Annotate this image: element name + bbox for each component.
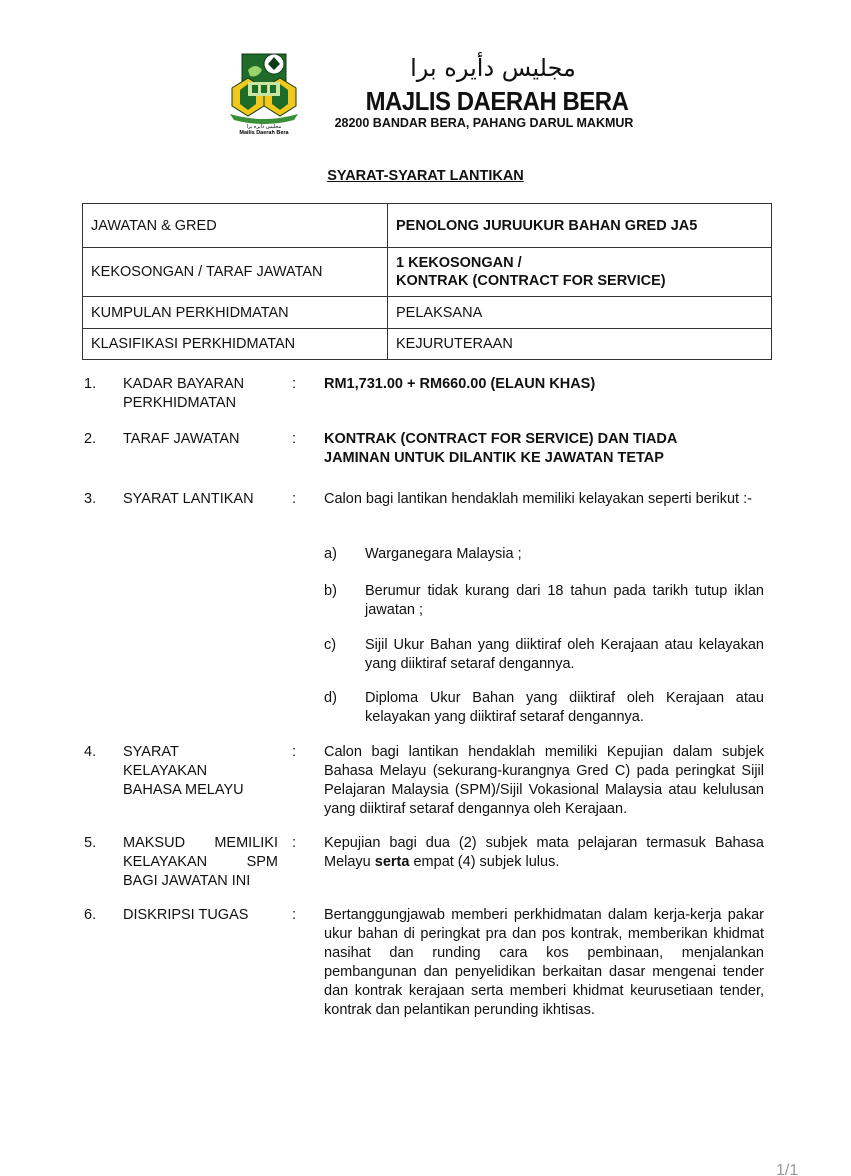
section-text: KONTRAK (CONTRACT FOR SERVICE) DAN TIADA… (324, 430, 764, 468)
table-row: KEKOSONGAN / TARAF JAWATAN 1 KEKOSONGAN … (83, 248, 772, 297)
section-number: 6. (84, 906, 96, 925)
section-label: SYARAT KELAYAKAN BAHASA MELAYU (123, 743, 278, 800)
item-text: Berumur tidak kurang dari 18 tahun pada … (365, 582, 764, 620)
section-label: SYARAT LANTIKAN (123, 490, 278, 509)
table-row: JAWATAN & GRED PENOLONG JURUUKUR BAHAN G… (83, 204, 772, 248)
svg-text:Majlis Daerah Bera: Majlis Daerah Bera (239, 130, 289, 134)
text-run-bold: serta (375, 854, 410, 870)
section-colon: : (292, 375, 296, 394)
svg-text:مجليس دأيره برا: مجليس دأيره برا (247, 123, 282, 130)
org-address: 28200 BANDAR BERA, PAHANG DARUL MAKMUR (314, 116, 654, 130)
section-number: 2. (84, 430, 96, 449)
position-info-table: JAWATAN & GRED PENOLONG JURUUKUR BAHAN G… (82, 203, 772, 360)
text-run: empat (4) subjek lulus. (409, 854, 559, 870)
section-text-line: JAMINAN UNTUK DILANTIK KE JAWATAN TETAP (324, 449, 764, 468)
section-number: 5. (84, 834, 96, 853)
section-number: 1. (84, 375, 96, 394)
org-name: MAJLIS DAERAH BERA (345, 86, 649, 117)
section-number: 3. (84, 490, 96, 509)
section-text: RM1,731.00 + RM660.00 (ELAUN KHAS) (324, 375, 764, 394)
section-label: KADAR BAYARAN PERKHIDMATAN (123, 375, 273, 413)
section-label-line: BAHASA MELAYU (123, 781, 278, 800)
section-text: Bertanggungjawab memberi perkhidmatan da… (324, 906, 764, 1020)
table-value-line: 1 KEKOSONGAN / (396, 254, 763, 272)
letterhead: مجليس دأيره برا Majlis Daerah Bera مجليس… (228, 48, 648, 138)
majlis-daerah-bera-crest-icon: مجليس دأيره برا Majlis Daerah Bera (228, 48, 300, 134)
table-row: KLASIFIKASI PERKHIDMATAN KEJURUTERAAN (83, 329, 772, 360)
item-letter: b) (324, 582, 337, 601)
arabic-org-name: مجليس دأيره برا (328, 54, 658, 82)
section-text: Calon bagi lantikan hendaklah memiliki K… (324, 743, 764, 819)
table-value: PENOLONG JURUUKUR BAHAN GRED JA5 (388, 204, 772, 248)
document-title: SYARAT-SYARAT LANTIKAN (0, 168, 851, 184)
section-label: DISKRIPSI TUGAS (123, 906, 278, 925)
section-text: Calon bagi lantikan hendaklah memiliki k… (324, 490, 764, 509)
section-colon: : (292, 430, 296, 449)
section-text: Kepujian bagi dua (2) subjek mata pelaja… (324, 834, 764, 872)
item-letter: c) (324, 636, 336, 655)
item-letter: d) (324, 689, 337, 708)
section-number: 4. (84, 743, 96, 762)
table-label: JAWATAN & GRED (83, 204, 388, 248)
item-text: Diploma Ukur Bahan yang diiktiraf oleh K… (365, 689, 764, 727)
table-label: KLASIFIKASI PERKHIDMATAN (83, 329, 388, 360)
item-text: Warganegara Malaysia ; (365, 545, 764, 564)
table-value: KEJURUTERAAN (388, 329, 772, 360)
table-label: KUMPULAN PERKHIDMATAN (83, 297, 388, 329)
section-text-line: KONTRAK (CONTRACT FOR SERVICE) DAN TIADA (324, 430, 764, 449)
section-colon: : (292, 743, 296, 762)
section-colon: : (292, 834, 296, 853)
item-letter: a) (324, 545, 337, 564)
table-label: KEKOSONGAN / TARAF JAWATAN (83, 248, 388, 297)
page-indicator: 1/1 (776, 1162, 798, 1176)
table-value: 1 KEKOSONGAN / KONTRAK (CONTRACT FOR SER… (388, 248, 772, 297)
section-label: MAKSUD MEMILIKI KELAYAKAN SPM BAGI JAWAT… (123, 834, 278, 891)
section-colon: : (292, 906, 296, 925)
section-colon: : (292, 490, 296, 509)
section-label-line: KELAYAKAN (123, 762, 278, 781)
section-label: TARAF JAWATAN (123, 430, 278, 449)
table-value: PELAKSANA (388, 297, 772, 329)
table-value-line: KONTRAK (CONTRACT FOR SERVICE) (396, 272, 763, 290)
item-text: Sijil Ukur Bahan yang diiktiraf oleh Ker… (365, 636, 764, 674)
table-row: KUMPULAN PERKHIDMATAN PELAKSANA (83, 297, 772, 329)
section-label-line: SYARAT (123, 743, 278, 762)
